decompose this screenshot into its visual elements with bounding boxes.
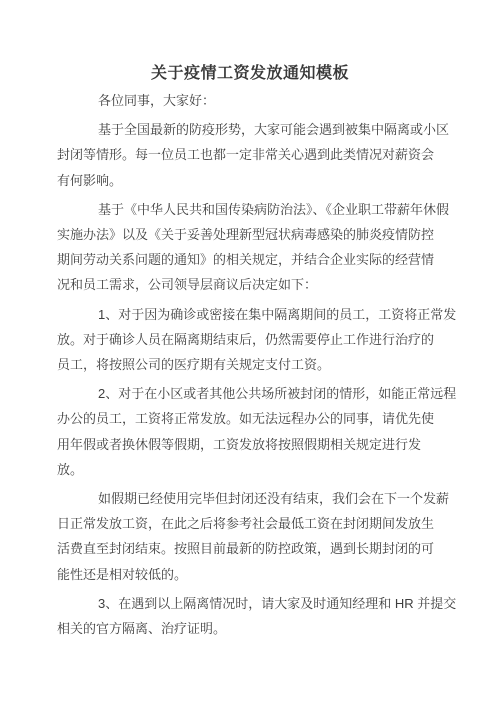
document-page: 关于疫情工资发放通知模板 各位同事，大家好：基于全国最新的防疫形势，大家可能会遇… xyxy=(0,0,500,707)
document-body: 各位同事，大家好：基于全国最新的防疫形势，大家可能会遇到被集中隔离或小区 封闭等… xyxy=(57,88,483,641)
paragraph: 基于全国最新的防疫形势，大家可能会遇到被集中隔离或小区 封闭等情形。每一位员工也… xyxy=(57,117,483,193)
paragraph: 如假期已经使用完毕但封闭还没有结束，我们会在下一个发薪 日正常发放工资，在此之后… xyxy=(57,486,483,587)
paragraph: 2、对于在小区或者其他公共场所被封闭的情形，如能正常远程 办公的员工，工资将正常… xyxy=(57,381,483,482)
paragraph: 3、在遇到以上隔离情况时，请大家及时通知经理和 HR 并提交 相关的官方隔离、治… xyxy=(57,591,483,641)
paragraph: 基于《中华人民共和国传染病防治法》、《企业职工带薪年休假 实施办法》以及《关于妥… xyxy=(57,197,483,298)
paragraph: 1、对于因为确诊或密接在集中隔离期间的员工，工资将正常发 放。对于确诊人员在隔离… xyxy=(57,302,483,378)
paragraph: 各位同事，大家好： xyxy=(57,88,483,113)
document-title: 关于疫情工资发放通知模板 xyxy=(0,62,500,86)
